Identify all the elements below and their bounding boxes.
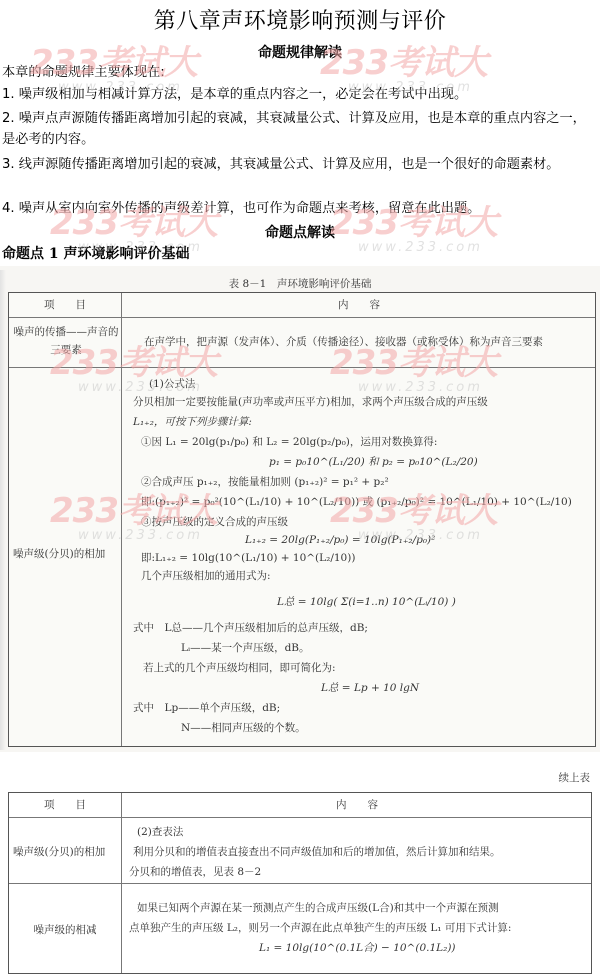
table1: 项 目 内 容 噪声的传播——声音的三要素 在声学中，把声源（发声体）、介质（传… <box>8 292 596 747</box>
formula-line: 如果已知两个声源在某一预测点产生的合成声压级(L合)和其中一个声源在预测 <box>137 899 591 917</box>
formula-line: 即:(p₁₊₂)² = p₀²(10^(L₁/10) + 10^(L₂/10))… <box>141 493 572 511</box>
continued-label: 续上表 <box>520 770 590 785</box>
formula-line: 若上式的几个声压级均相同，即可简化为: <box>143 659 336 677</box>
point-title: 命题点 1 声环境影响评价基础 <box>2 243 190 263</box>
formula-line: L总 = Lp + 10 lgN <box>321 679 419 697</box>
formula-line: ②合成声压 p₁₊₂，按能量相加则 (p₁₊₂)² = p₁² + p₂² <box>141 473 389 491</box>
formula-line: 即:L₁₊₂ = 10lg(10^(L₁/10) + 10^(L₂/10)) <box>141 549 355 567</box>
formula-line: ①因 L₁ = 20lg(p₁/p₀) 和 L₂ = 20lg(p₂/p₀)，运… <box>141 433 437 451</box>
table2-row2-item: 噪声级的相减 <box>9 921 121 939</box>
list-item: 4. 噪声从室内向室外传播的声级差计算，也可作为命题点来考核，留意在此出题。 <box>2 198 598 219</box>
formula-line: 分贝和的增值表，见表 8－2 <box>129 863 261 881</box>
formula-line: L₁ = 10lg(10^(0.1L合) − 10^(0.1L₂)) <box>259 939 456 957</box>
formula-line: Lᵢ——某一个声压级，dB。 <box>181 639 310 657</box>
scan-edge <box>0 270 6 750</box>
formula-line: 点单独产生的声压级 L₂，则另一个声源在此点单独产生的声压级 L₁ 可用下式计算… <box>129 919 591 937</box>
formula-line: 式中 Lp——单个声压级，dB; <box>133 699 280 717</box>
section-heading-points: 命题点解读 <box>0 222 600 242</box>
formula-line: L₁₊₂，可按下列步骤计算: <box>133 413 252 431</box>
formula-line: N——相同声压级的个数。 <box>181 719 306 737</box>
table1-row1-item: 噪声的传播——声音的三要素 <box>13 323 119 359</box>
list-item: 3. 线声源随传播距离增加引起的衰减，其衰减量公式、计算及应用，也是一个很好的命… <box>2 154 598 175</box>
formula-line: (1)公式法 <box>149 375 195 393</box>
table1-header-item: 项 目 <box>9 296 121 314</box>
table2-header-content: 内 容 <box>121 796 593 814</box>
table2: 项 目 内 容 噪声级(分贝)的相加 (2)查表法 利用分贝和的增值表直接查出不… <box>8 792 592 974</box>
list-item: 1. 噪声级相加与相减计算方法，是本章的重点内容之一，必定会在考试中出现。 <box>2 84 598 105</box>
formula-line: 分贝相加一定要按能量(声功率或声压平方)相加，求两个声压级合成的声压级 <box>133 393 593 411</box>
formula-line: 利用分贝和的增值表直接查出不同声级值加和后的增加值，然后计算加和结果。 <box>133 843 591 861</box>
formula-line: ③按声压级的定义合成的声压级 <box>141 513 288 531</box>
section-heading-pattern: 命题规律解读 <box>0 42 600 62</box>
page-title: 第八章声环境影响预测与评价 <box>0 4 600 35</box>
table1-row1-content: 在声学中，把声源（发声体）、介质（传播途径）、接收器（或称受体）称为声音三要素 <box>144 333 594 351</box>
list-item: 2. 噪声点声源随传播距离增加引起的衰减，其衰减量公式、计算及应用，也是本章的重… <box>2 108 598 150</box>
table2-header-item: 项 目 <box>9 796 121 814</box>
formula-line: L₁₊₂ = 20lg(P₁₊₂/p₀) = 10lg(P₁₊₂/p₀)² <box>245 531 435 549</box>
intro-text: 本章的命题规律主要体现在: <box>2 62 598 83</box>
table1-header-content: 内 容 <box>121 296 597 314</box>
formula-line: p₁ = p₀10^(L₁/20) 和 p₂ = p₀10^(L₂/20) <box>269 453 478 471</box>
table2-row1-item: 噪声级(分贝)的相加 <box>13 843 121 861</box>
formula-line: (2)查表法 <box>137 823 183 841</box>
table1-row2-item: 噪声级(分贝)的相加 <box>13 545 119 563</box>
formula-line: L总 = 10lg( Σ(i=1..n) 10^(Lᵢ/10) ) <box>277 593 456 611</box>
formula-line: 式中 L总——几个声压级相加后的总声压级，dB; <box>133 619 368 637</box>
table1-caption: 表 8－1 声环境影响评价基础 <box>0 276 600 291</box>
formula-line: 几个声压级相加的通用式为: <box>141 567 271 585</box>
